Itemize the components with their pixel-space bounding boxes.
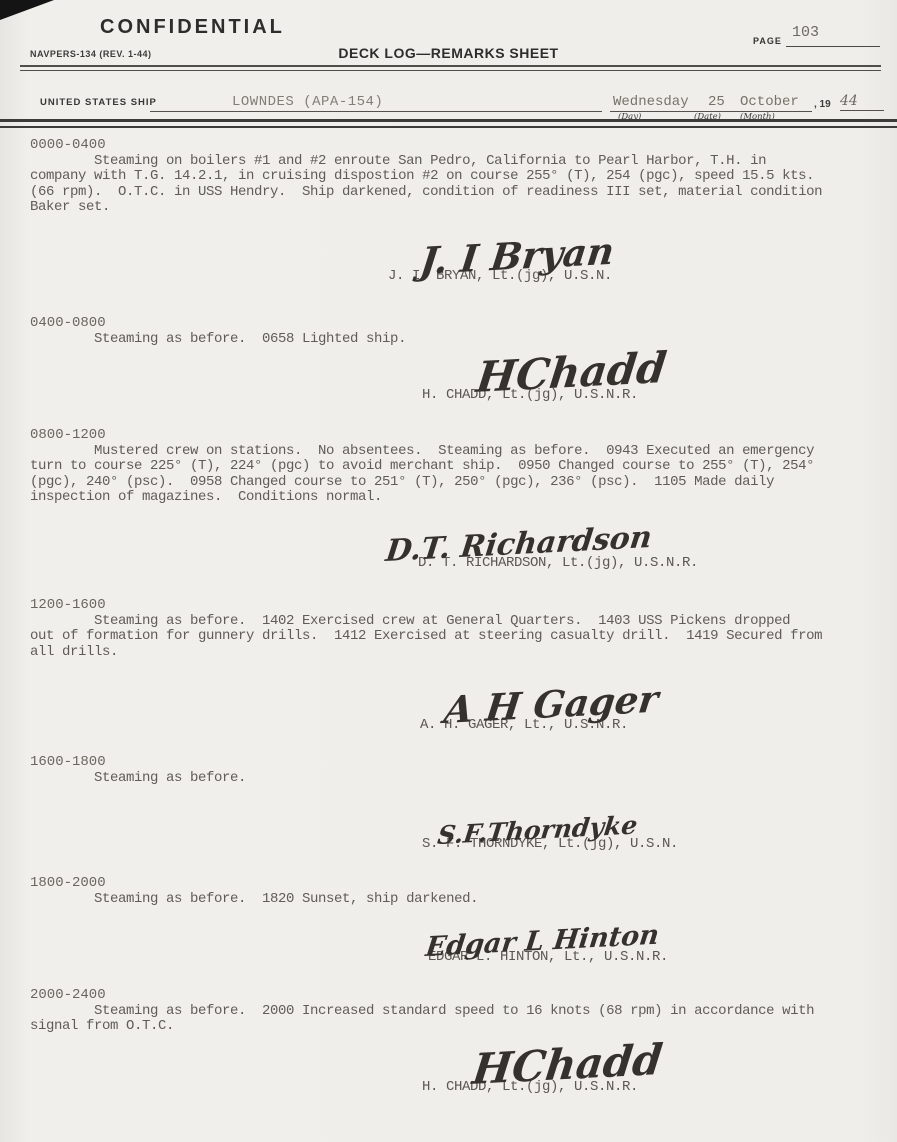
entry-text-line: all drills.: [30, 645, 877, 661]
entry-time-range: 1200-1600: [30, 598, 877, 614]
entry-text-line: (pgc), 240° (psc). 0958 Changed course t…: [30, 475, 877, 491]
entry-text-line: Steaming as before. 1820 Sunset, ship da…: [30, 892, 877, 908]
entry-text: Steaming as before. 1820 Sunset, ship da…: [30, 892, 877, 908]
log-entry: 1200-1600 Steaming as before. 1402 Exerc…: [30, 598, 877, 660]
log-entry: 2000-2400 Steaming as before. 2000 Incre…: [30, 988, 877, 1035]
entry-text: Steaming as before.: [30, 771, 877, 787]
log-entry: 1800-2000 Steaming as before. 1820 Sunse…: [30, 876, 877, 907]
log-entries: 0000-0400 Steaming on boilers #1 and #2 …: [0, 0, 897, 1142]
signature-block: HChadd H. CHADD, Lt.(jg), U.S.N.R.: [422, 356, 664, 404]
entry-time-range: 0400-0800: [30, 316, 877, 332]
entry-text-line: signal from O.T.C.: [30, 1019, 877, 1035]
entry-text-line: inspection of magazines. Conditions norm…: [30, 490, 877, 506]
entry-text-line: turn to course 225° (T), 224° (pgc) to a…: [30, 459, 877, 475]
log-entry: 1600-1800 Steaming as before. S.F.Thornd…: [30, 755, 877, 786]
entry-time-range: 2000-2400: [30, 988, 877, 1004]
entry-text-line: company with T.G. 14.2.1, in cruising di…: [30, 169, 877, 185]
entry-time-range: 0800-1200: [30, 428, 877, 444]
entry-time-range: 1800-2000: [30, 876, 877, 892]
signature-block: D.T. Richardson D. T. RICHARDSON, Lt.(jg…: [418, 536, 698, 571]
entry-text-line: out of formation for gunnery drills. 141…: [30, 629, 877, 645]
handwritten-signature: HChadd: [470, 1038, 665, 1092]
entry-text-line: Steaming as before. 0658 Lighted ship.: [30, 332, 877, 348]
entry-text-line: Steaming on boilers #1 and #2 enroute Sa…: [30, 154, 877, 170]
entry-text-line: Baker set.: [30, 200, 877, 216]
entry-text-line: Mustered crew on stations. No absentees.…: [30, 444, 877, 460]
handwritten-signature: J. I Bryan: [418, 232, 617, 281]
entry-time-range: 1600-1800: [30, 755, 877, 771]
entry-text: Mustered crew on stations. No absentees.…: [30, 444, 877, 506]
signature-block: S.F.Thorndyke S. F. THORNDYKE, Lt.(jg), …: [422, 823, 678, 853]
entry-text: Steaming on boilers #1 and #2 enroute Sa…: [30, 154, 877, 216]
entry-text-line: Steaming as before.: [30, 771, 877, 787]
entry-time-range: 0000-0400: [30, 138, 877, 154]
entry-text: Steaming as before. 1402 Exercised crew …: [30, 614, 877, 661]
entry-text-line: Steaming as before. 1402 Exercised crew …: [30, 614, 877, 630]
log-entry: 0800-1200 Mustered crew on stations. No …: [30, 428, 877, 506]
signature-block: A H Gager A. H. GAGER, Lt., U.S.N.R.: [420, 691, 656, 733]
entry-text-line: (66 rpm). O.T.C. in USS Hendry. Ship dar…: [30, 185, 877, 201]
log-entry: 0400-0800 Steaming as before. 0658 Light…: [30, 316, 877, 347]
signature-block: J. I Bryan J. I. BRYAN, Lt.(jg), U.S.N.: [388, 242, 612, 284]
deck-log-remarks-sheet: CONFIDENTIAL PAGE 103 NAVPERS-134 (REV. …: [0, 0, 897, 1142]
signature-block: HChadd H. CHADD, Lt.(jg), U.S.N.R.: [422, 1048, 660, 1096]
entry-text: Steaming as before. 2000 Increased stand…: [30, 1004, 877, 1035]
signature-block: Edgar L Hinton EDGAR L. HINTON, Lt., U.S…: [428, 934, 668, 966]
entry-text: Steaming as before. 0658 Lighted ship.: [30, 332, 877, 348]
entry-text-line: Steaming as before. 2000 Increased stand…: [30, 1004, 877, 1020]
handwritten-signature: HChadd: [474, 346, 669, 400]
log-entry: 0000-0400 Steaming on boilers #1 and #2 …: [30, 138, 877, 216]
